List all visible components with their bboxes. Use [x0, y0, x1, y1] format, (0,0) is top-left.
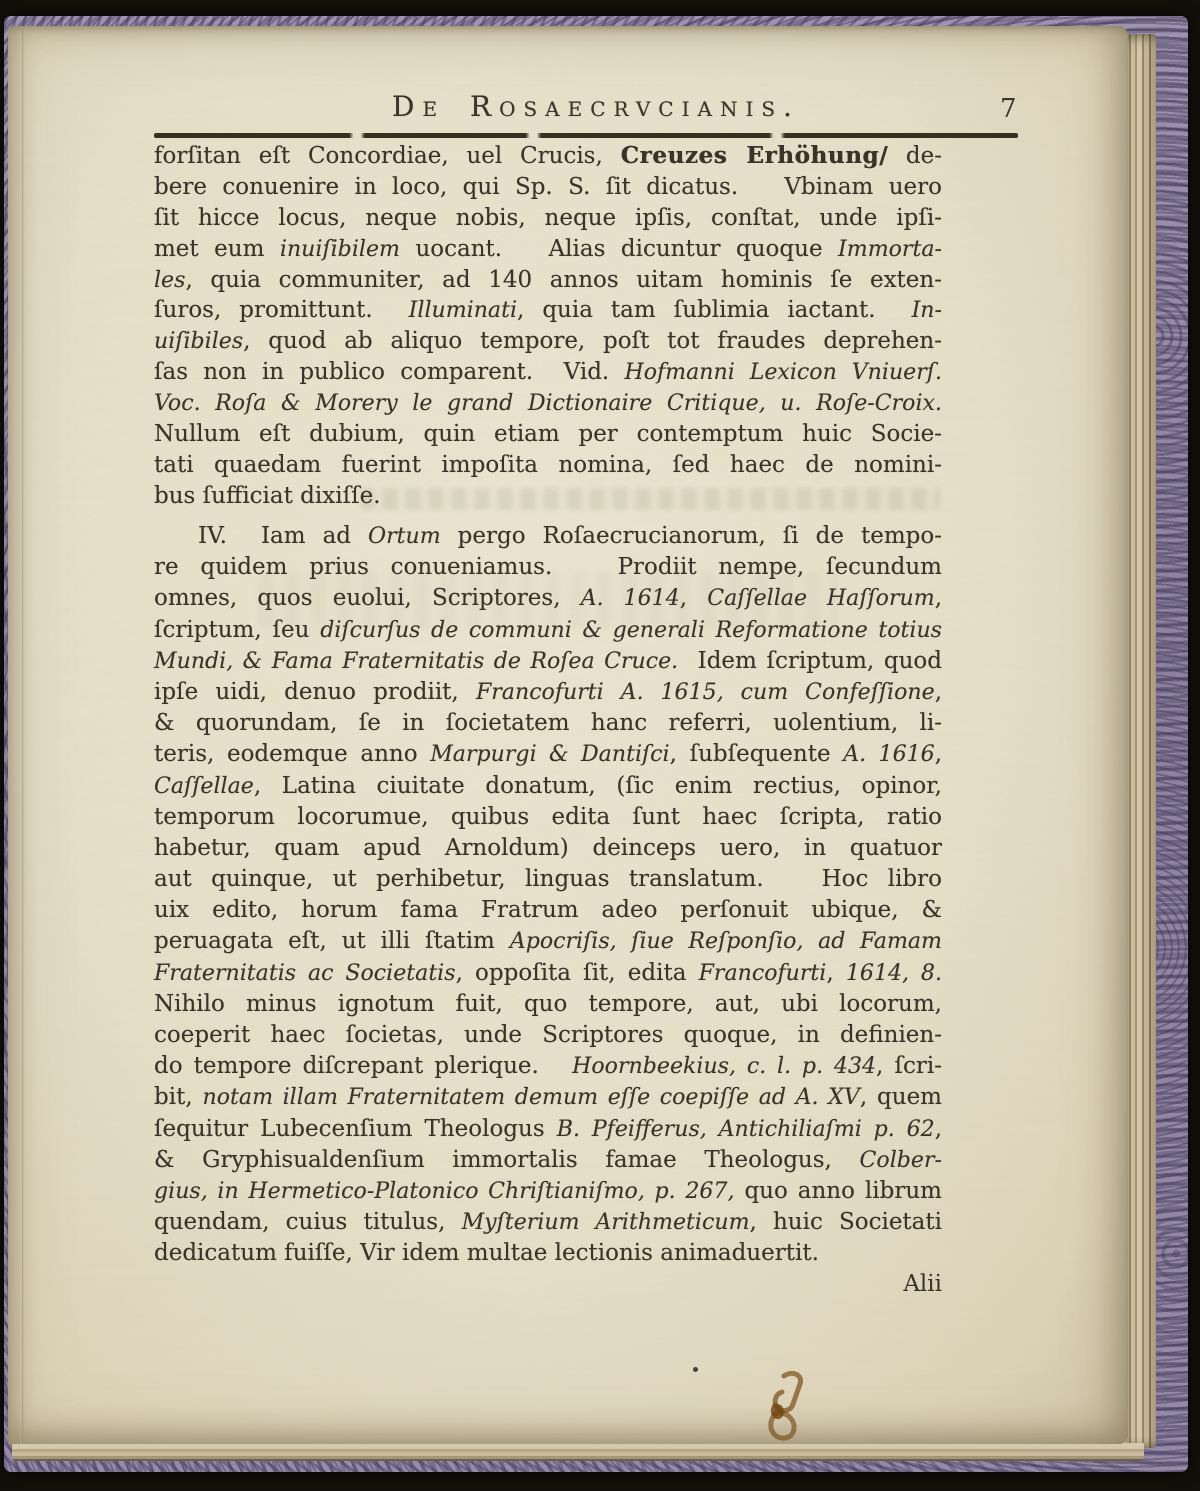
roman-text: , huic Societati [750, 1209, 942, 1235]
roman-text: Idem ſcriptum, quod [678, 648, 942, 674]
roman-text: Nullum eſt dubium, quin etiam per contem… [154, 421, 942, 447]
book-page: De Rosaecrvcianis. 7 forſitan eſt Concor… [8, 26, 1128, 1444]
text-line: tati quaedam fuerint impoſita nomina, ſe… [154, 450, 942, 481]
roman-text: forſitan eſt Concordiae, uel Crucis, [154, 143, 621, 169]
text-line: ſcriptum, ſeu diſcurſus de communi & gen… [154, 615, 942, 646]
italic-text: Caſſellae [154, 774, 254, 799]
italic-text: Marpurgi & Dantiſci [430, 742, 669, 767]
roman-text: uix edito, horum fama Fratrum adeo perſo… [154, 897, 942, 923]
roman-text: , quia tam ſublimia iactant. [517, 297, 912, 323]
italic-text: Myſterium Arithmeticum [462, 1210, 750, 1235]
text-line: gius, in Hermetico-Platonico Chriſtianiſ… [154, 1176, 942, 1207]
italic-text: Immorta- [838, 237, 942, 262]
roman-text: aut quinque, ut perhibetur, linguas tran… [154, 866, 942, 892]
text-line: bere conuenire in loco, qui Sp. S. ſit d… [154, 172, 942, 203]
roman-text: omnes, quos euolui, Scriptores, [154, 585, 581, 611]
text-line: Nihilo minus ignotum fuit, quo tempore, … [154, 989, 942, 1020]
roman-text: , ſcri- [876, 1053, 942, 1079]
body-paragraph-1: forſitan eſt Concordiae, uel Crucis, Cre… [154, 141, 942, 512]
text-line: re quidem prius conueniamus. Prodiit nem… [154, 552, 942, 583]
roman-text: , [935, 741, 942, 767]
italic-text: Mundi, & Fama Fraternitatis de Roſea Cru… [154, 649, 678, 674]
roman-text: ſas non in publico comparent. Vid. [154, 359, 624, 385]
roman-text: Nihilo minus ignotum fuit, quo tempore, … [154, 991, 942, 1017]
text-line: ſuros, promittunt. Illuminati, quia tam … [154, 295, 942, 326]
text-line: met eum inuiſibilem uocant. Alias dicunt… [154, 234, 942, 265]
book-photo-scene: De Rosaecrvcianis. 7 forſitan eſt Concor… [0, 0, 1200, 1491]
body-paragraph-2: IV. Iam ad Ortum pergo Roſaecrucianorum,… [154, 521, 942, 1270]
roman-text: ipſe uidi, denuo prodiit, [154, 679, 476, 705]
italic-text: Ortum [368, 524, 441, 549]
roman-text: bere conuenire in loco, qui Sp. S. ſit d… [154, 174, 942, 200]
text-line: quendam, cuius titulus, Myſterium Arithm… [154, 1207, 942, 1238]
header-rule [154, 133, 1018, 138]
ink-speck [693, 1367, 698, 1372]
roman-text: de- [888, 143, 942, 169]
text-line: & quorundam, ſe in ſocietatem hanc refer… [154, 708, 942, 739]
text-line: habetur, quam apud Arnoldum) deinceps ue… [154, 833, 942, 864]
italic-text: Voc. Roſa & Morery le grand Dictionaire … [154, 391, 942, 416]
text-line: ipſe uidi, denuo prodiit, Francofurti A.… [154, 677, 942, 708]
text-line: bit, notam illam Fraternitatem demum eſſ… [154, 1082, 942, 1113]
text-line: Nullum eſt dubium, quin etiam per contem… [154, 419, 942, 450]
roman-text: , quod ab aliquo tempore, poſt tot fraud… [243, 328, 942, 354]
text-line: Voc. Roſa & Morery le grand Dictionaire … [154, 388, 942, 419]
running-head-title: De Rosaecrvcianis. [166, 90, 1026, 123]
roman-text: dedicatum fuiſſe, Vir idem multae lectio… [154, 1240, 819, 1266]
roman-text: , [935, 585, 942, 611]
text-line: uiſibiles, quod ab aliquo tempore, poſt … [154, 326, 942, 357]
roman-text: ſcriptum, ſeu [154, 617, 320, 643]
text-line: Mundi, & Fama Fraternitatis de Roſea Cru… [154, 646, 942, 677]
roman-text: quo anno librum [734, 1178, 942, 1204]
roman-text: & Gryphisualdenſium immortalis famae The… [154, 1147, 860, 1173]
text-line: coeperit haec ſocietas, unde Scriptores … [154, 1020, 942, 1051]
text-line: temporum locorumue, quibus edita ſunt ha… [154, 802, 942, 833]
ink-blot-stain [760, 1370, 812, 1452]
roman-text: , Latina ciuitate donatum, (ſic enim rec… [254, 773, 942, 799]
text-line: ſit hicce locus, neque nobis, neque ipſi… [154, 203, 942, 234]
italic-text: inuiſibilem [280, 237, 400, 262]
text-line: ſequitur Lubecenſium Theologus B. Pfeiff… [154, 1114, 942, 1145]
italic-text: Fraternitatis ac Societatis [154, 961, 456, 986]
italic-text: Hoornbeekius, c. l. p. 434 [572, 1054, 876, 1079]
roman-text: re quidem prius conueniamus. Prodiit nem… [154, 554, 942, 580]
roman-text: temporum locorumue, quibus edita ſunt ha… [154, 804, 942, 830]
italic-text: diſcurſus de communi & generali Reformat… [320, 618, 942, 643]
roman-text: ſequitur Lubecenſium Theologus [154, 1116, 557, 1142]
italic-text: B. Pfeifferus, Antichiliaſmi p. 62 [557, 1117, 935, 1142]
gutter-fold-line [21, 26, 24, 1444]
roman-text: , [935, 1116, 942, 1142]
roman-text: pergo Roſaecrucianorum, ſi de tempo- [441, 523, 942, 549]
roman-text: teris, eodemque anno [154, 741, 430, 767]
text-line: ſas non in publico comparent. Vid. Hofma… [154, 357, 942, 388]
roman-text: bit, [154, 1084, 203, 1110]
italic-text: A. 1616 [843, 742, 935, 767]
roman-text: , [826, 960, 845, 986]
italic-text: uiſibiles [154, 329, 243, 354]
italic-text: Francofurti A. 1615, cum Confeſſione [476, 680, 935, 705]
italic-text: 1614, 8. [846, 961, 942, 986]
roman-text: do tempore diſcrepant plerique. [154, 1053, 572, 1079]
page-number: 7 [1000, 94, 1017, 124]
text-line: dedicatum fuiſſe, Vir idem multae lectio… [154, 1238, 942, 1269]
italic-text: notam illam Fraternitatem demum eſſe coe… [203, 1085, 860, 1110]
roman-text: , [935, 679, 942, 705]
italic-text: Apocriſis, ſiue Reſponſio, ad Famam [510, 929, 942, 954]
text-line: peruagata eſt, ut illi ſtatim Apocriſis,… [154, 926, 942, 957]
roman-text: peruagata eſt, ut illi ſtatim [154, 928, 510, 954]
roman-text: , [680, 585, 707, 611]
roman-text: & quorundam, ſe in ſocietatem hanc refer… [154, 710, 942, 736]
text-line: do tempore diſcrepant plerique. Hoornbee… [154, 1051, 942, 1082]
italic-text: Hofmanni Lexicon Vniuerſ. [624, 360, 942, 385]
roman-text: ſuros, promittunt. [154, 297, 409, 323]
roman-text: , ſubſequente [670, 741, 844, 767]
roman-text: bus ſufficiat dixiſſe. [154, 483, 381, 509]
italic-text: Colber- [860, 1148, 942, 1173]
italic-text: Illuminati [409, 298, 517, 323]
roman-text: quendam, cuius titulus, [154, 1209, 462, 1235]
text-line: IV. Iam ad Ortum pergo Roſaecrucianorum,… [154, 521, 942, 552]
roman-text: , oppoſita ſit, edita [456, 960, 699, 986]
italic-text: A. 1614 [581, 586, 680, 611]
blackletter-text: Creuzes Erhöhung/ [621, 142, 888, 169]
text-line: forſitan eſt Concordiae, uel Crucis, Cre… [154, 141, 942, 172]
page-edges-bottom [12, 1443, 1144, 1461]
italic-text: Francofurti [699, 961, 827, 986]
text-line: omnes, quos euolui, Scriptores, A. 1614,… [154, 583, 942, 614]
italic-text: gius, in Hermetico-Platonico Chriſtianiſ… [154, 1179, 734, 1204]
text-line: teris, eodemque anno Marpurgi & Dantiſci… [154, 739, 942, 770]
text-line: & Gryphisualdenſium immortalis famae The… [154, 1145, 942, 1176]
catchword: Alii [154, 1269, 942, 1300]
roman-text: tati quaedam fuerint impoſita nomina, ſe… [154, 452, 942, 478]
roman-text: habetur, quam apud Arnoldum) deinceps ue… [154, 835, 942, 861]
roman-text: uocant. Alias dicuntur quoque [400, 236, 838, 262]
roman-text: ſit hicce locus, neque nobis, neque ipſi… [154, 205, 942, 231]
italic-text: In- [912, 298, 942, 323]
roman-text: IV. Iam ad [198, 523, 368, 549]
italic-text: les [154, 268, 185, 293]
roman-text: , quem [860, 1084, 942, 1110]
text-line: Fraternitatis ac Societatis, oppoſita ſi… [154, 958, 942, 989]
text-line: uix edito, horum fama Fratrum adeo perſo… [154, 895, 942, 926]
italic-text: Caſſellae Haſſorum [707, 586, 934, 611]
roman-text: , quia communiter, ad 140 annos uitam ho… [185, 267, 942, 293]
text-line: bus ſufficiat dixiſſe. [154, 481, 942, 512]
roman-text: met eum [154, 236, 280, 262]
text-line: les, quia communiter, ad 140 annos uitam… [154, 265, 942, 296]
text-line: aut quinque, ut perhibetur, linguas tran… [154, 864, 942, 895]
roman-text: coeperit haec ſocietas, unde Scriptores … [154, 1022, 942, 1048]
text-line: Caſſellae, Latina ciuitate donatum, (ſic… [154, 771, 942, 802]
